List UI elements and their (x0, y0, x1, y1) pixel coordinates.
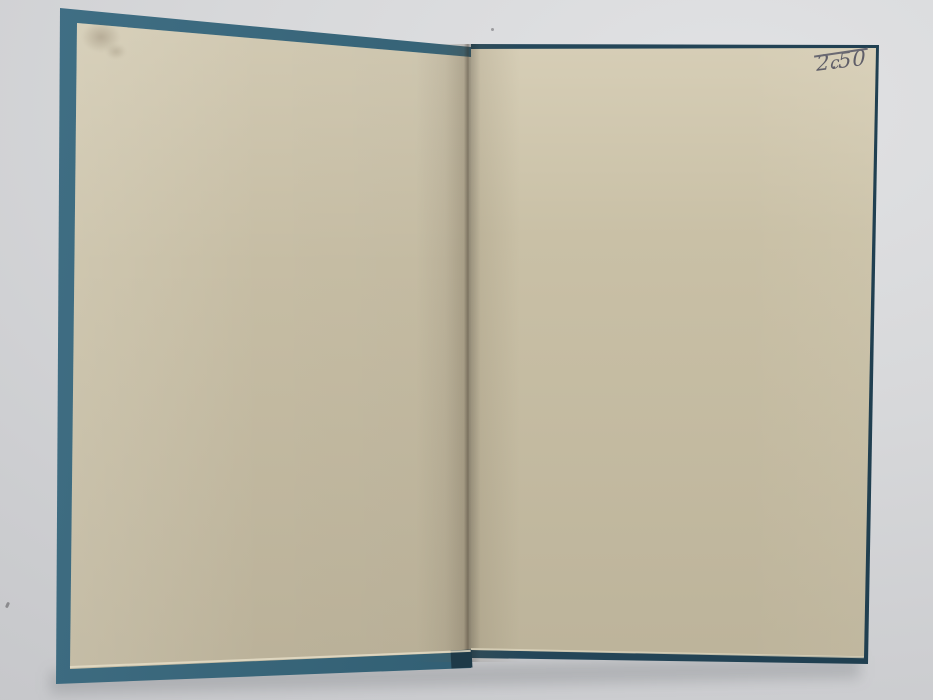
page-smudge-stain (106, 44, 126, 59)
photo-backdrop: 2.50 c (0, 0, 933, 700)
backdrop-speck (491, 28, 494, 31)
book: 2.50 c (0, 0, 933, 700)
gutter-shadow (416, 44, 520, 662)
